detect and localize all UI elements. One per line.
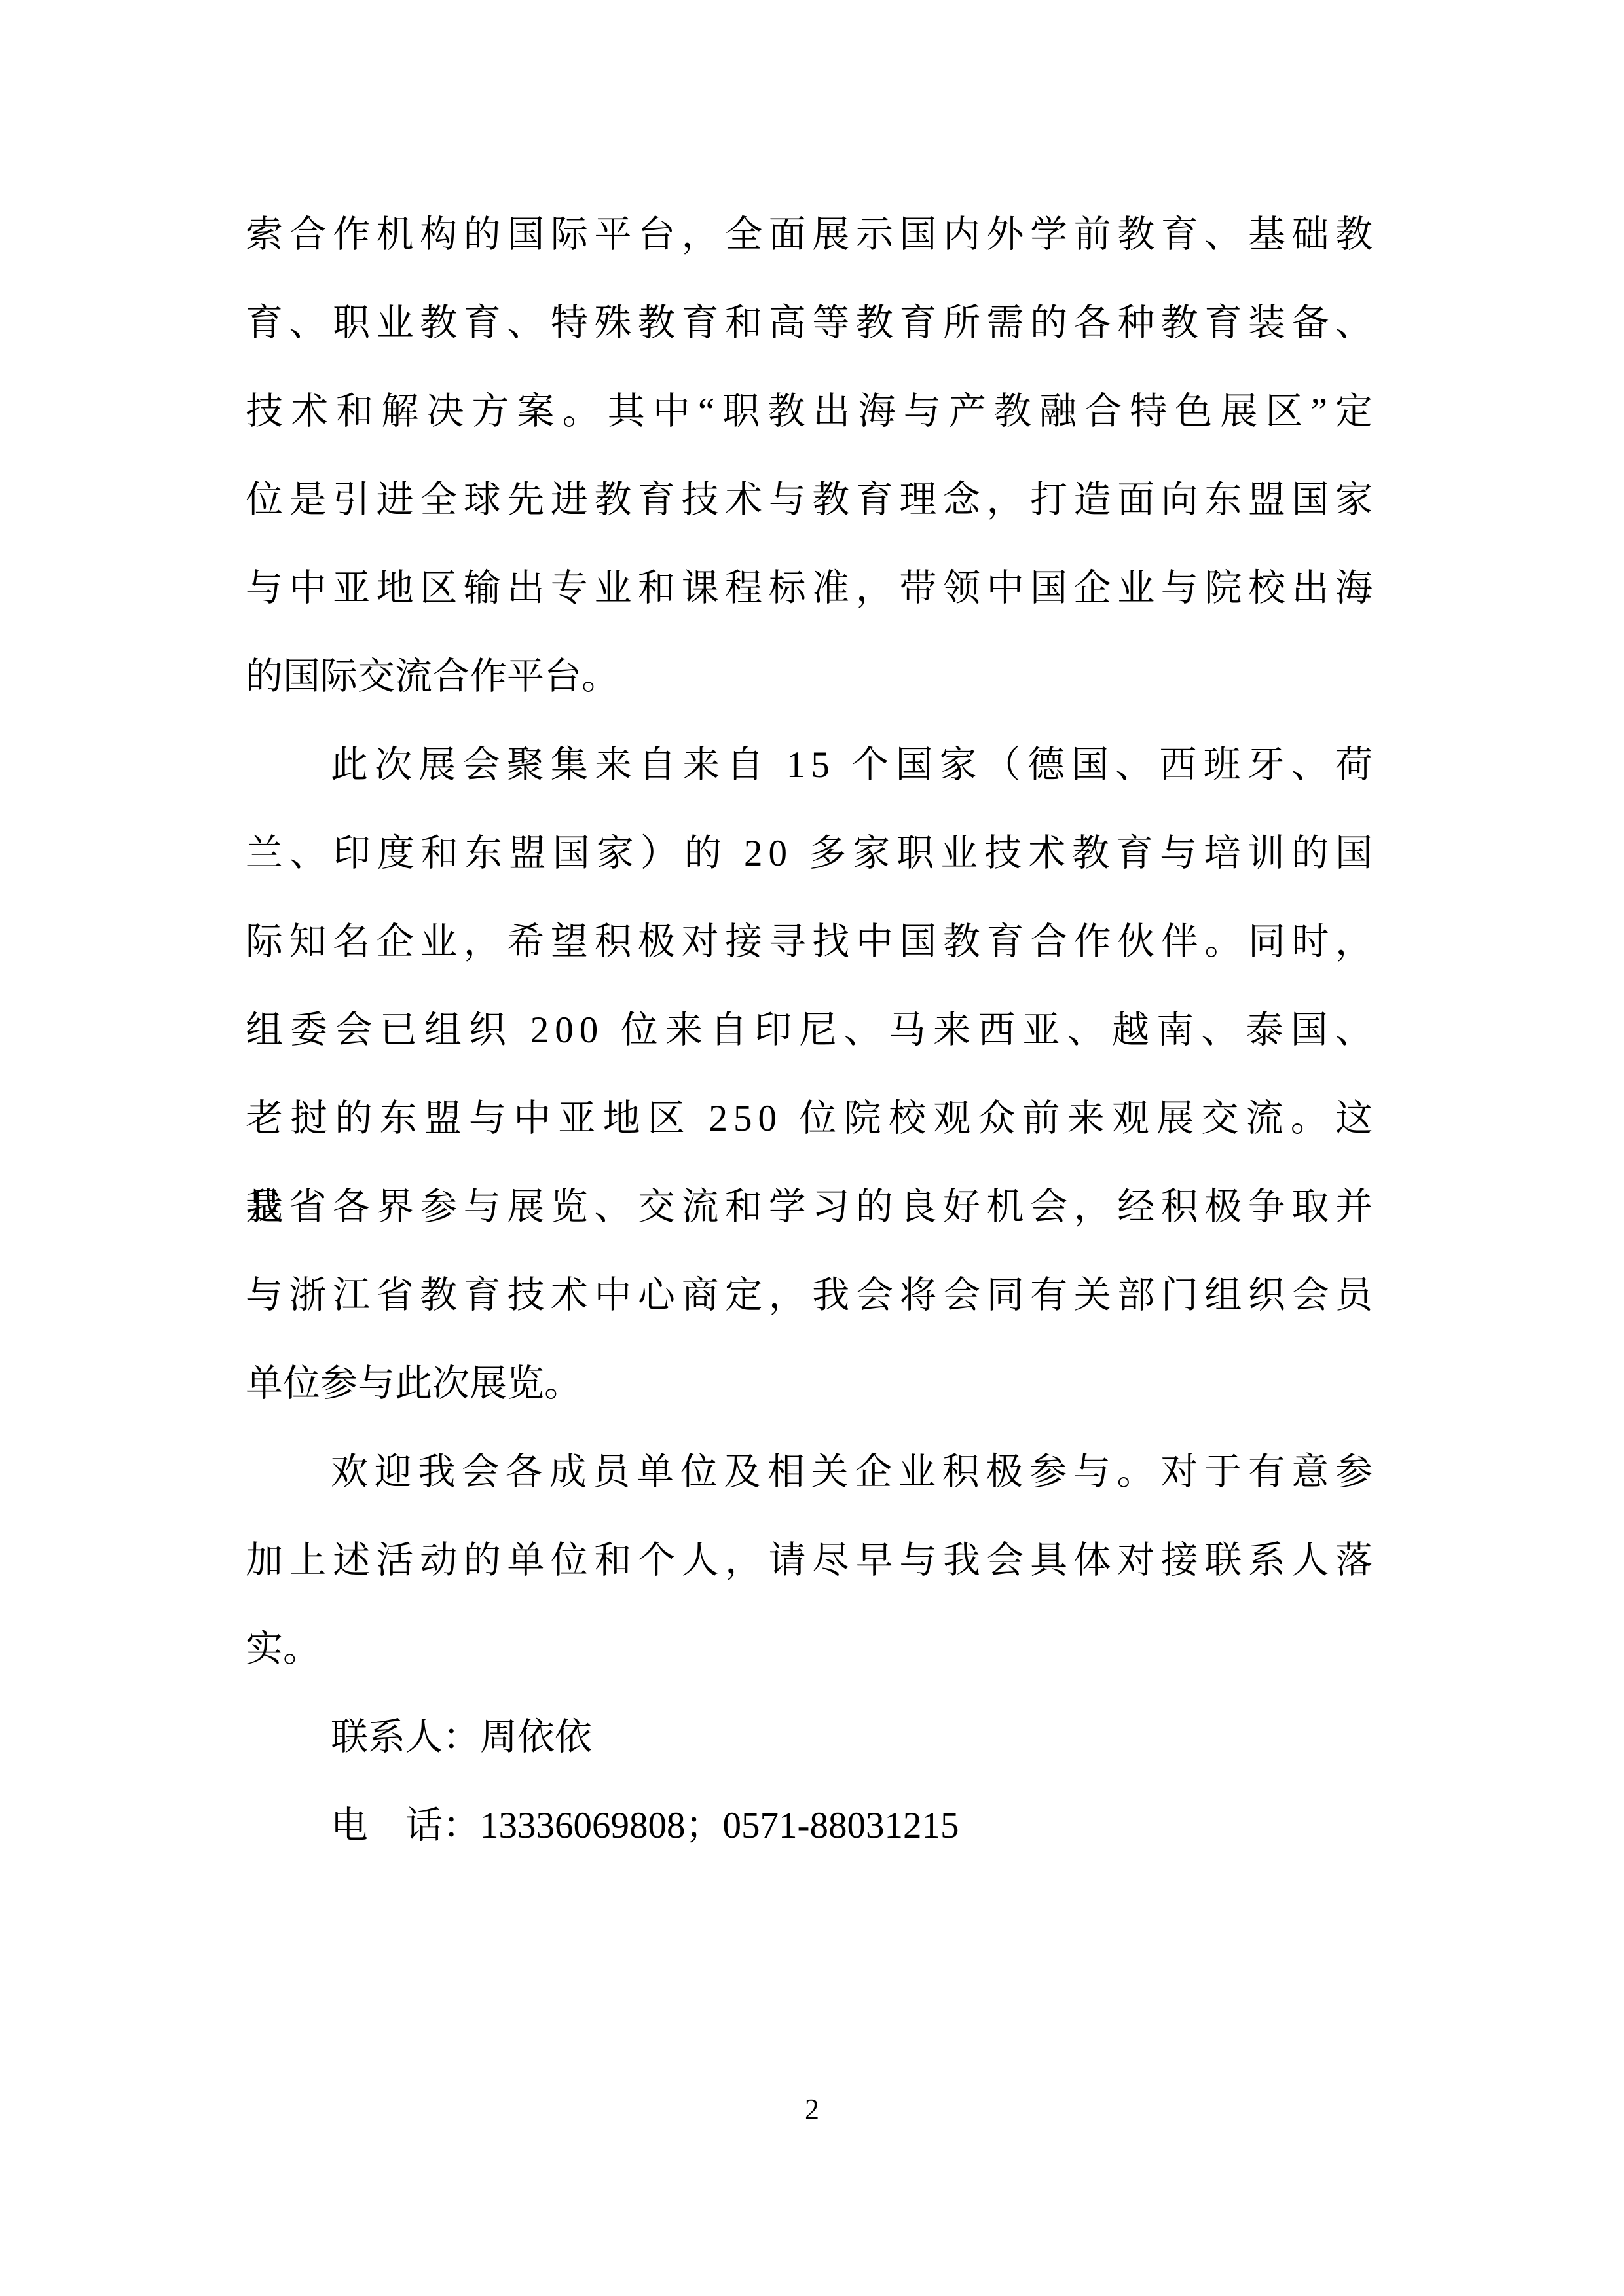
text-line: 的国际交流合作平台。 <box>246 632 1378 721</box>
text-line: 技术和解决方案。其中“职教出海与产教融合特色展区”定 <box>246 367 1378 456</box>
document-body: 索合作机构的国际平台，全面展示国内外学前教育、基础教育、职业教育、特殊教育和高等… <box>246 191 1378 1870</box>
text-line: 与浙江省教育技术中心商定，我会将会同有关部门组织会员 <box>246 1251 1378 1339</box>
text-line: 实。 <box>246 1605 1378 1693</box>
document-page: 索合作机构的国际平台，全面展示国内外学前教育、基础教育、职业教育、特殊教育和高等… <box>0 0 1624 2296</box>
text-line: 我省各界参与展览、交流和学习的良好机会，经积极争取并 <box>246 1163 1378 1251</box>
paragraph: 索合作机构的国际平台，全面展示国内外学前教育、基础教育、职业教育、特殊教育和高等… <box>246 191 1378 721</box>
text-line: 单位参与此次展览。 <box>246 1339 1378 1428</box>
text-line: 索合作机构的国际平台，全面展示国内外学前教育、基础教 <box>246 191 1378 279</box>
text-line: 电 话：13336069808；0571-88031215 <box>246 1781 1378 1870</box>
text-line: 组委会已组织 200 位来自印尼、马来西亚、越南、泰国、 <box>246 986 1378 1074</box>
text-line: 育、职业教育、特殊教育和高等教育所需的各种教育装备、 <box>246 279 1378 367</box>
text-line: 老挝的东盟与中亚地区 250 位院校观众前来观展交流。这是 <box>246 1074 1378 1163</box>
text-line: 际知名企业，希望积极对接寻找中国教育合作伙伴。同时， <box>246 898 1378 986</box>
paragraph: 联系人：周依依 <box>246 1693 1378 1781</box>
text-line: 加上述活动的单位和个人，请尽早与我会具体对接联系人落 <box>246 1516 1378 1605</box>
paragraph: 电 话：13336069808；0571-88031215 <box>246 1781 1378 1870</box>
paragraph: 此次展会聚集来自来自 15 个国家（德国、西班牙、荷兰、印度和东盟国家）的 20… <box>246 721 1378 1428</box>
text-line: 位是引进全球先进教育技术与教育理念，打造面向东盟国家 <box>246 456 1378 544</box>
text-line: 联系人：周依依 <box>246 1693 1378 1781</box>
text-line: 与中亚地区输出专业和课程标准，带领中国企业与院校出海 <box>246 544 1378 632</box>
text-line: 欢迎我会各成员单位及相关企业积极参与。对于有意参 <box>246 1428 1378 1516</box>
text-line: 兰、印度和东盟国家）的 20 多家职业技术教育与培训的国 <box>246 809 1378 898</box>
paragraph: 欢迎我会各成员单位及相关企业积极参与。对于有意参加上述活动的单位和个人，请尽早与… <box>246 1428 1378 1693</box>
page-number: 2 <box>0 2090 1624 2129</box>
text-line: 此次展会聚集来自来自 15 个国家（德国、西班牙、荷 <box>246 721 1378 809</box>
